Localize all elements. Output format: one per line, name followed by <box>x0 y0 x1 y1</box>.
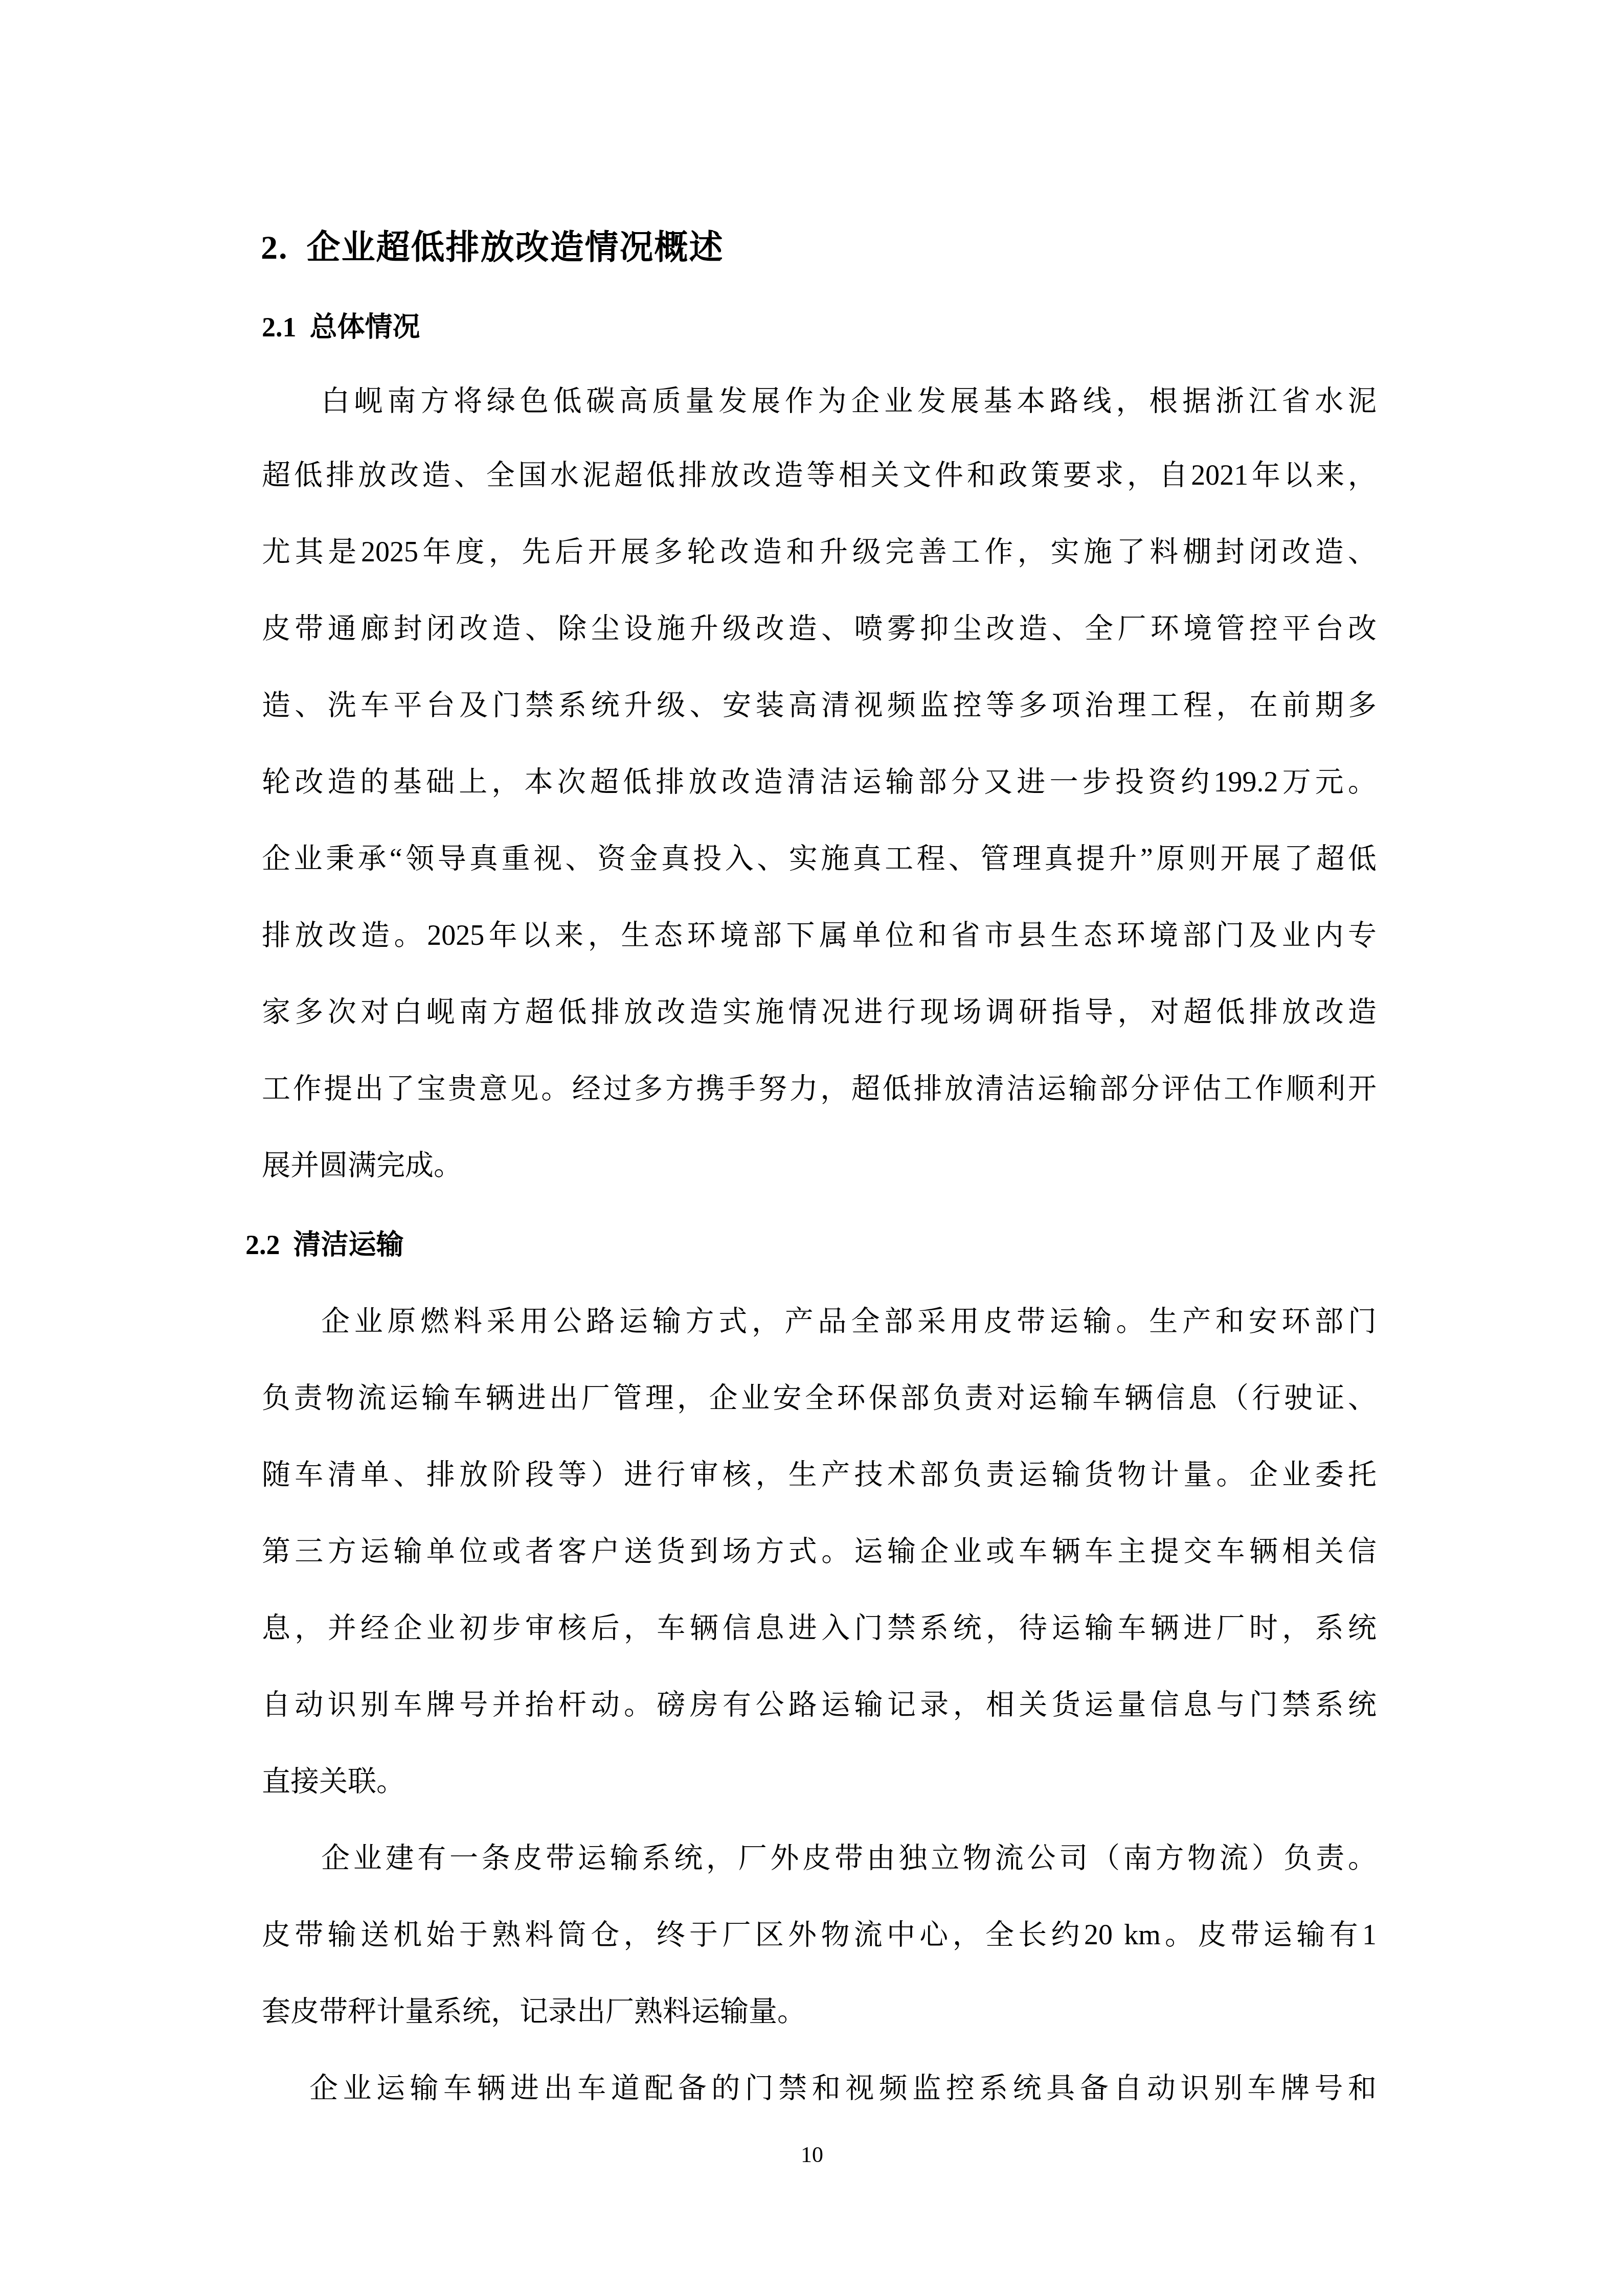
paragraph-line: 工作提出了宝贵意见。经过多方携手努力，超低排放清洁运输部分评估工作顺利开 <box>262 1069 1377 1109</box>
paragraph-line: 白岘南方将绿色低碳高质量发展作为企业发展基本路线，根据浙江省水泥 <box>321 381 1377 422</box>
paragraph-line: 展并圆满完成。 <box>262 1145 1377 1186</box>
chapter-number: 2. <box>261 229 288 266</box>
paragraph-line: 排放改造。2025年以来，生态环境部下属单位和省市县生态环境部门及业内专 <box>262 915 1377 956</box>
section-number: 2.2 <box>245 1230 280 1260</box>
paragraph-line: 企业建有一条皮带运输系统，厂外皮带由独立物流公司（南方物流）负责。 <box>321 1838 1377 1879</box>
paragraph-line: 息，并经企业初步审核后，车辆信息进入门禁系统，待运输车辆进厂时，系统 <box>262 1608 1377 1649</box>
paragraph-line: 轮改造的基础上，本次超低排放改造清洁运输部分又进一步投资约199.2万元。 <box>262 762 1377 803</box>
paragraph-line: 第三方运输单位或者客户送货到场方式。运输企业或车辆车主提交车辆相关信 <box>262 1531 1377 1572</box>
paragraph-line: 尤其是2025年度，先后开展多轮改造和升级完善工作，实施了料棚封闭改造、 <box>262 532 1377 573</box>
chapter-title: 企业超低排放改造情况概述 <box>307 229 724 266</box>
section-title: 清洁运输 <box>294 1230 404 1260</box>
page-number: 10 <box>0 2140 1624 2170</box>
paragraph-line: 套皮带秤计量系统，记录出厂熟料运输量。 <box>262 1991 1377 2032</box>
paragraph-line: 负责物流运输车辆进出厂管理，企业安全环保部负责对运输车辆信息（行驶证、 <box>262 1378 1377 1419</box>
paragraph-line: 随车清单、排放阶段等）进行审核，生产技术部负责运输货物计量。企业委托 <box>262 1454 1377 1495</box>
section-heading-2-1: 2.1总体情况 <box>262 307 420 348</box>
paragraph-line: 家多次对白岘南方超低排放改造实施情况进行现场调研指导，对超低排放改造 <box>262 992 1377 1033</box>
paragraph-line: 造、洗车平台及门禁系统升级、安装高清视频监控等多项治理工程，在前期多 <box>262 685 1377 726</box>
section-heading-2-2: 2.2清洁运输 <box>245 1224 404 1265</box>
paragraph-line: 自动识别车牌号并抬杆动。磅房有公路运输记录，相关货运量信息与门禁系统 <box>262 1685 1377 1725</box>
document-page: 2.企业超低排放改造情况概述 2.1总体情况 白岘南方将绿色低碳高质量发展作为企… <box>0 0 1624 2296</box>
paragraph-line: 企业秉承“领导真重视、资金真投入、实施真工程、管理真提升”原则开展了超低 <box>262 838 1377 879</box>
paragraph-line: 直接关联。 <box>262 1761 1377 1802</box>
section-title: 总体情况 <box>310 312 420 343</box>
section-number: 2.1 <box>262 312 297 343</box>
paragraph-line: 企业运输车辆进出车道配备的门禁和视频监控系统具备自动识别车牌号和 <box>309 2068 1377 2109</box>
chapter-heading: 2.企业超低排放改造情况概述 <box>261 225 724 271</box>
paragraph-line: 企业原燃料采用公路运输方式，产品全部采用皮带运输。生产和安环部门 <box>321 1301 1377 1342</box>
paragraph-line: 超低排放改造、全国水泥超低排放改造等相关文件和政策要求，自2021年以来， <box>262 455 1377 496</box>
paragraph-line: 皮带输送机始于熟料筒仓，终于厂区外物流中心，全长约20 km。皮带运输有1 <box>262 1915 1377 1956</box>
paragraph-line: 皮带通廊封闭改造、除尘设施升级改造、喷雾抑尘改造、全厂环境管控平台改 <box>262 608 1377 649</box>
